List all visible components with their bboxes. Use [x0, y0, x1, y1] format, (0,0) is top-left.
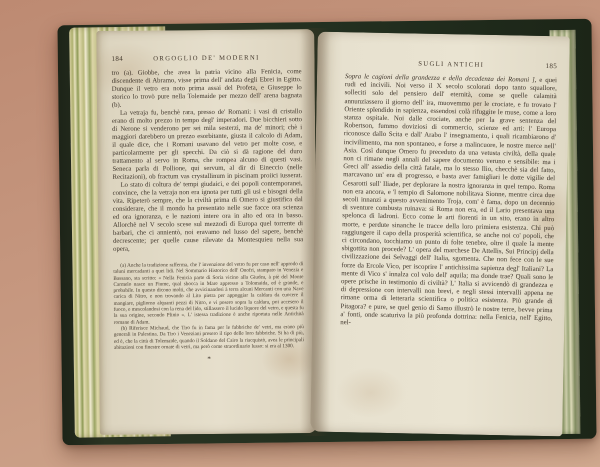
right-page-content: SUGLI ANTICHI 185 Sopra le cagioni della…	[310, 32, 570, 437]
body-continuation: , e quei rudi ed incivili. Noi verso il …	[340, 77, 557, 327]
photo-of-open-book: 184 ORGOGLIO DE' MODERNI tro (a). Giobbe…	[0, 0, 600, 467]
right-running-head: SUGLI ANTICHI 185	[345, 58, 557, 70]
right-body-text: Sopra le cagioni della grandezza e della…	[340, 73, 557, 331]
footnote-b: (b) Riferisce Michaud, che Tiro fu in fa…	[114, 324, 304, 351]
left-footnotes: (a) Anche la tradizione rafferma, che l'…	[113, 261, 304, 351]
left-running-head: 184 ORGOGLIO DE' MODERNI	[111, 53, 301, 63]
body-paragraph: tro (a). Giobbe, che avea la patria vici…	[112, 68, 302, 110]
body-paragraph: Sopra le cagioni della grandezza e della…	[340, 73, 557, 331]
right-page: SUGLI ANTICHI 185 Sopra le cagioni della…	[310, 32, 570, 437]
left-page-number: 184	[111, 55, 133, 63]
right-running-title: SUGLI ANTICHI	[367, 60, 535, 70]
left-page-content: 184 ORGOGLIO DE' MODERNI tro (a). Giobbe…	[96, 29, 318, 435]
signature-mark: *	[114, 354, 304, 364]
footnote-a: (a) Anche la tradizione rafferma, che l'…	[113, 261, 304, 326]
right-page-number: 185	[535, 62, 557, 70]
body-paragraph: Lo stato di coltura de' tempi giudaici, …	[113, 180, 304, 254]
left-page: 184 ORGOGLIO DE' MODERNI tro (a). Giobbe…	[96, 29, 318, 435]
left-body-text: tro (a). Giobbe, che avea la patria vici…	[112, 68, 304, 254]
left-running-title: ORGOGLIO DE' MODERNI	[133, 54, 279, 62]
body-paragraph: La vetraja fu, benchè rara, presso de' R…	[112, 108, 303, 182]
